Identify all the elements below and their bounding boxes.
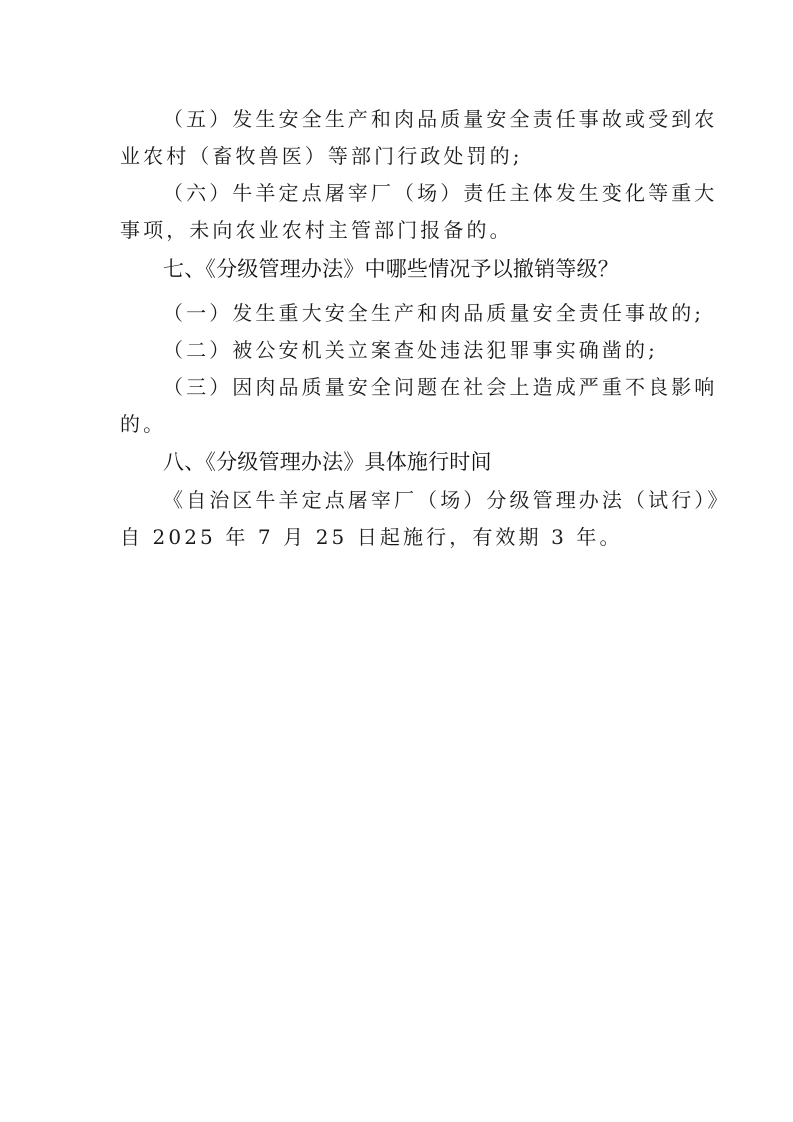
effective-date-line-1: 《自治区牛羊定点屠宰厂（场）分级管理办法（试行）》 <box>163 486 731 514</box>
item-6-line-2: 事项，未向农业农村主管部门报备的。 <box>120 216 513 244</box>
item-5-line-2: 业农村（畜牧兽医）等部门行政处罚的; <box>120 142 523 170</box>
revoke-item-3-line-2: 的。 <box>120 410 166 438</box>
section-heading-7: 七、《分级管理办法》中哪些情况予以撤销等级？ <box>163 255 619 283</box>
effective-date-line-2: 自 2025 年 7 月 25 日起施行，有效期 3 年。 <box>120 523 623 551</box>
section-heading-8: 八、《分级管理办法》具体施行时间 <box>163 448 492 476</box>
revoke-item-1: （一）发生重大安全生产和肉品质量安全责任事故的; <box>163 299 704 327</box>
revoke-item-3-line-1: （三）因肉品质量安全问题在社会上造成严重不良影响 <box>163 373 717 401</box>
item-5-line-1: （五）发生安全生产和肉品质量安全责任事故或受到农 <box>163 105 717 133</box>
revoke-item-2: （二）被公安机关立案查处违法犯罪事实确凿的; <box>163 336 658 364</box>
item-6-line-1: （六）牛羊定点屠宰厂（场）责任主体发生变化等重大 <box>163 179 717 207</box>
